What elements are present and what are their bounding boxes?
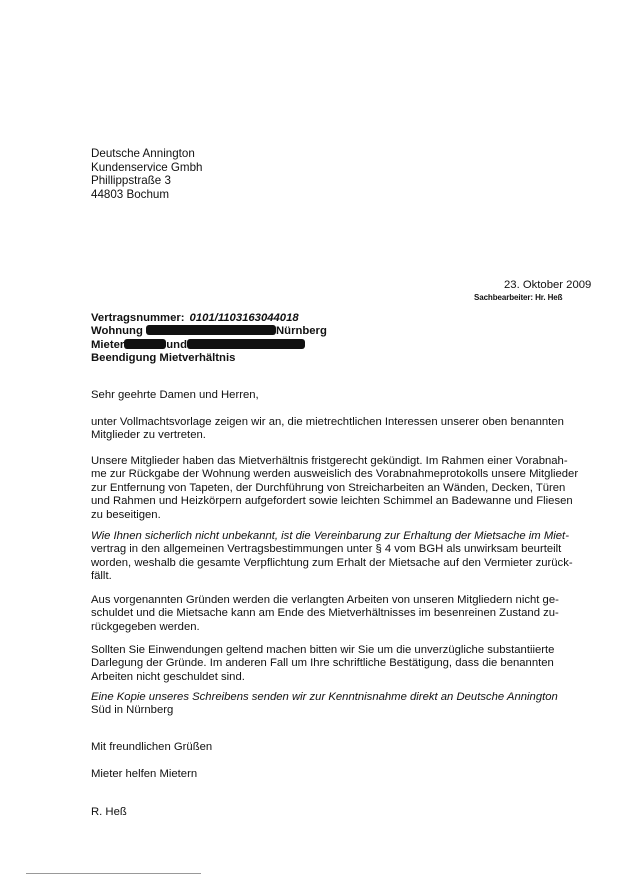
paragraph-2: Unsere Mitglieder haben das Mietverhältn… xyxy=(91,455,621,522)
salutation: Sehr geehrte Damen und Herren, xyxy=(91,389,621,402)
text-line: zu beseitigen. xyxy=(91,509,621,522)
text-line: unter Vollmachtsvorlage zeigen wir an, d… xyxy=(91,416,621,429)
letter-date: 23. Oktober 2009 xyxy=(504,279,591,291)
apartment-city: Nürnberg xyxy=(276,325,327,337)
closing: Mit freundlichen Grüßen xyxy=(91,741,212,753)
signature-name: R. Heß xyxy=(91,806,127,818)
apartment-row: Wohnung Nürnberg xyxy=(91,325,327,338)
recipient-address: Deutsche Annington Kundenservice Gmbh Ph… xyxy=(91,147,203,201)
recipient-line: 44803 Bochum xyxy=(91,188,203,202)
text-line: Sollten Sie Einwendungen geltend machen … xyxy=(91,644,621,657)
text-line: Arbeiten nicht geschuldet sind. xyxy=(91,671,621,684)
text-line: Unsere Mitglieder haben das Mietverhältn… xyxy=(91,455,621,468)
subject-topic: Beendigung Mietverhältnis xyxy=(91,352,235,364)
text-line: vertrag in den allgemeinen Vertragsbesti… xyxy=(91,543,621,556)
text-line: Wie Ihnen sicherlich nicht unbekannt, is… xyxy=(91,530,621,543)
text-line: Süd in Nürnberg xyxy=(91,704,621,717)
recipient-line: Kundenservice Gmbh xyxy=(91,161,203,175)
tenant-and: und xyxy=(166,339,187,351)
paragraph-4: Aus vorgenannten Gründen werden die verl… xyxy=(91,594,621,634)
recipient-line: Phillippstraße 3 xyxy=(91,174,203,188)
contract-row: Vertragsnummer:0101/1103163044018 xyxy=(91,312,327,325)
paragraph-1: unter Vollmachtsvorlage zeigen wir an, d… xyxy=(91,416,621,443)
text-line: Mitglieder zu vertreten. xyxy=(91,429,621,442)
redacted-address xyxy=(146,325,276,335)
footer-rule xyxy=(26,873,201,874)
text-line: fällt. xyxy=(91,570,621,583)
redacted-tenant-1 xyxy=(124,339,166,349)
clerk-line: Sachbearbeiter: Hr. Heß xyxy=(474,293,562,302)
text-line: rückgegeben werden. xyxy=(91,621,621,634)
text-line: zur Entfernung von Tapeten, der Durchfüh… xyxy=(91,482,621,495)
contract-number: 0101/1103163044018 xyxy=(190,312,299,324)
text-line: Aus vorgenannten Gründen werden die verl… xyxy=(91,594,621,607)
tenant-label: Mieter xyxy=(91,339,124,351)
text-line: und Rahmen und Heizkörpern aufgefordert … xyxy=(91,495,621,508)
contract-label: Vertragsnummer: xyxy=(91,312,185,324)
text-line: worden, weshalb die gesamte Verpflichtun… xyxy=(91,557,621,570)
text-line: Darlegung der Gründe. Im anderen Fall um… xyxy=(91,657,621,670)
redacted-tenant-2 xyxy=(187,339,305,349)
topic-row: Beendigung Mietverhältnis xyxy=(91,352,327,365)
text-line: me zur Rückgabe der Wohnung werden auswe… xyxy=(91,468,621,481)
text-line: Eine Kopie unseres Schreibens senden wir… xyxy=(91,691,621,704)
apartment-label: Wohnung xyxy=(91,325,143,337)
paragraph-6: Eine Kopie unseres Schreibens senden wir… xyxy=(91,691,621,718)
recipient-line: Deutsche Annington xyxy=(91,147,203,161)
organization-name: Mieter helfen Mietern xyxy=(91,768,197,780)
subject-block: Vertragsnummer:0101/1103163044018 Wohnun… xyxy=(91,312,327,366)
paragraph-3: Wie Ihnen sicherlich nicht unbekannt, is… xyxy=(91,530,621,584)
text-line: schuldet und die Mietsache kann am Ende … xyxy=(91,607,621,620)
paragraph-5: Sollten Sie Einwendungen geltend machen … xyxy=(91,644,621,684)
tenant-row: Mieterund xyxy=(91,339,327,352)
